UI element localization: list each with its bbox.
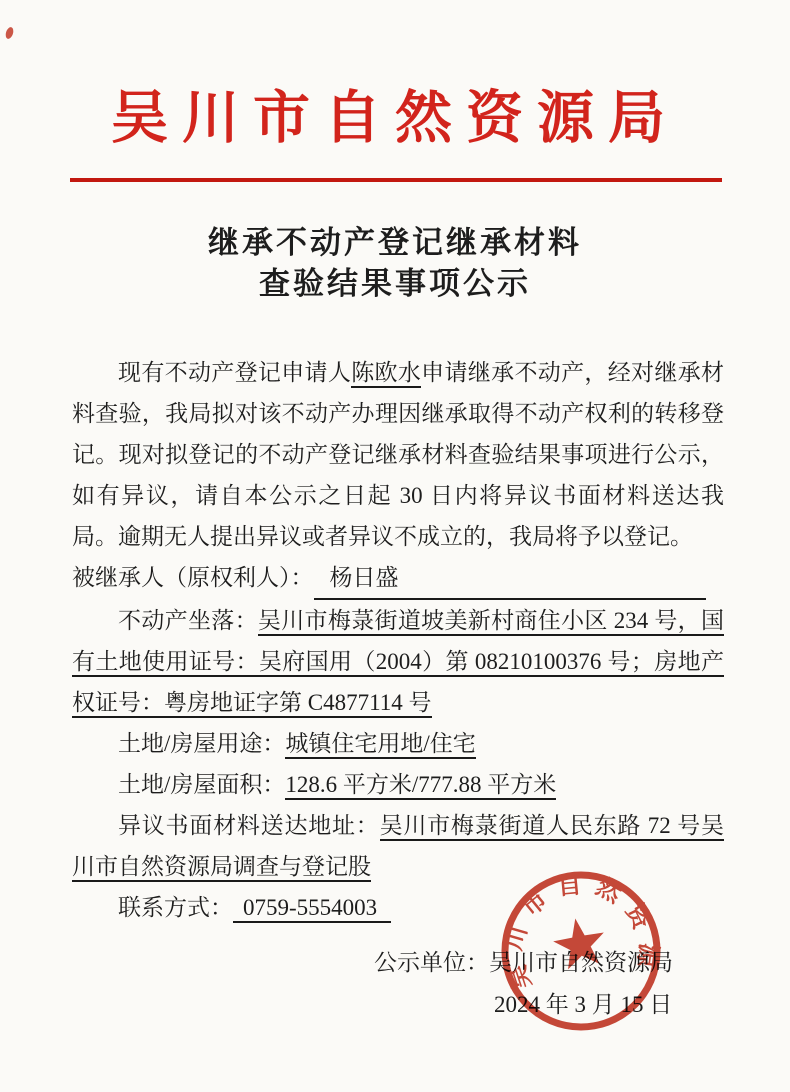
field-land-use-value: 城镇住宅用地/住宅 [285, 731, 475, 759]
field-area-value: 128.6 平方米/777.88 平方米 [285, 772, 556, 800]
notice-document-page: 吴川市自然资源局 继承不动产登记继承材料 查验结果事项公示 现有不动产登记申请人… [0, 0, 790, 1092]
intro-text-after-name: 申请继承不动产，经对继承材料查验，我局拟对该不动产办理因继承取得不动产权利的转移… [72, 360, 724, 549]
field-property-location: 不动产坐落：吴川市梅菉街道坡美新村商住小区 234 号，国有土地使用证号：吴府国… [72, 600, 724, 723]
notice-title-line2: 查验结果事项公示 [0, 263, 790, 304]
field-area: 土地/房屋面积：128.6 平方米/777.88 平方米 [72, 764, 724, 805]
star-icon [550, 914, 609, 971]
intro-text-before-name: 现有不动产登记申请人 [118, 360, 351, 385]
applicant-name: 陈欧水 [351, 360, 421, 388]
notice-body: 现有不动产登记申请人陈欧水申请继承不动产，经对继承材料查验，我局拟对该不动产办理… [72, 352, 724, 928]
seal-graphic: 吴川市自然资源局 [494, 864, 668, 1038]
field-contact-value: 0759-5554003 [233, 895, 391, 923]
field-objection-address-label: 异议书面材料送达地址： [118, 813, 380, 838]
field-land-use-label: 土地/房屋用途： [118, 731, 285, 756]
field-contact-label: 联系方式： [118, 895, 233, 920]
agency-header-title: 吴川市自然资源局 [0, 0, 790, 156]
red-divider-line [70, 178, 722, 182]
field-decedent-label: 被继承人（原权利人）： [72, 557, 314, 600]
intro-paragraph: 现有不动产登记申请人陈欧水申请继承不动产，经对继承材料查验，我局拟对该不动产办理… [72, 352, 724, 557]
field-land-use: 土地/房屋用途：城镇住宅用地/住宅 [72, 723, 724, 764]
official-seal-stamp: 吴川市自然资源局 [494, 864, 668, 1038]
notice-title-line1: 继承不动产登记继承材料 [0, 222, 790, 263]
field-area-label: 土地/房屋面积： [118, 772, 285, 797]
notice-title: 继承不动产登记继承材料 查验结果事项公示 [0, 222, 790, 304]
footer-publisher-label: 公示单位： [374, 950, 489, 975]
field-decedent: 被继承人（原权利人）：杨日盛 [72, 557, 724, 600]
field-decedent-value: 杨日盛 [314, 557, 707, 600]
field-property-location-label: 不动产坐落： [118, 608, 258, 633]
